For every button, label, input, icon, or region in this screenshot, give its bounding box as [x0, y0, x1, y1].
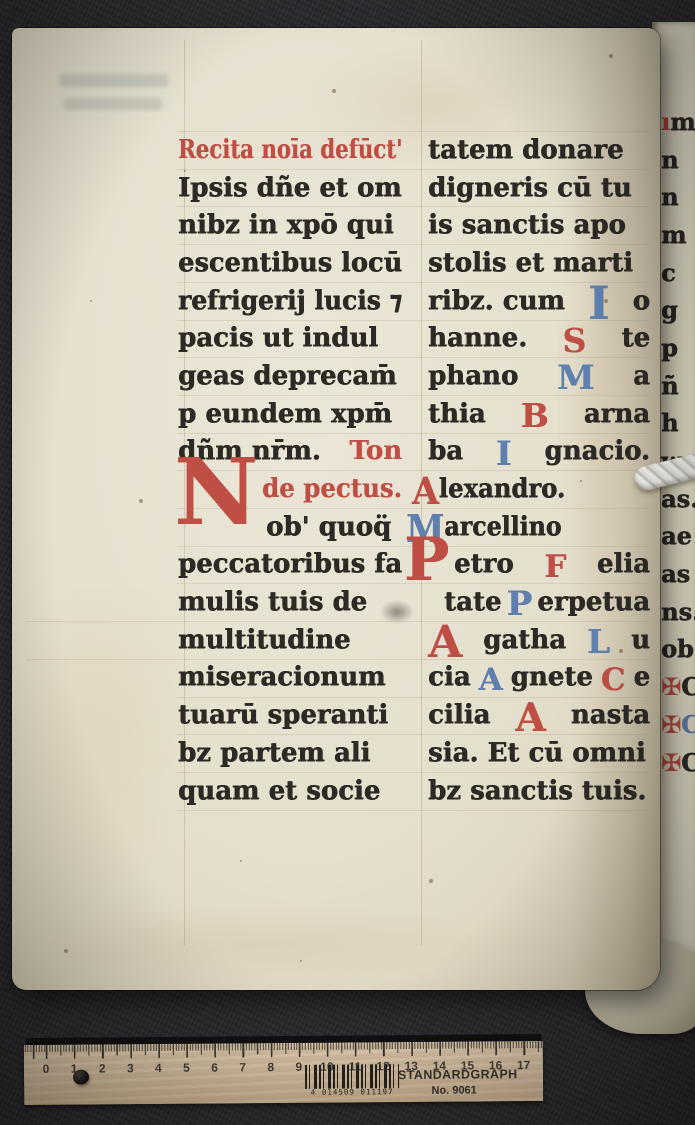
text-segment: digneris cū tu: [428, 175, 632, 201]
parchment-specks: [12, 28, 14, 30]
text-segment: g: [661, 298, 678, 322]
manuscript-text-line: tatePerpetua: [444, 583, 650, 621]
ruler: 01234567891011121314151617 4 014509 0111…: [24, 1034, 545, 1110]
text-segment: u: [631, 627, 650, 653]
faint-stamp-offset: [50, 50, 170, 112]
text-segment: nasta: [571, 702, 650, 728]
text-segment: escentibus locū: [178, 250, 402, 276]
text-segment: e: [633, 664, 650, 690]
text-segment: p eundem xpm̄: [178, 401, 392, 427]
manuscript-text-line: ciliaAnasta: [428, 696, 650, 734]
manuscript-text-line: Recita noīa defūct': [178, 131, 361, 169]
ruling-line-horizontal: [177, 810, 649, 811]
manuscript-text-line: as: [661, 555, 695, 593]
text-segment: ✠: [661, 713, 681, 737]
text-segment: Recita noīa defūct': [178, 137, 402, 163]
manuscript-text-line: miseracionum: [178, 659, 402, 697]
text-segment: quam et socie: [178, 778, 380, 804]
manuscript-text-line: AgathaLu: [428, 621, 650, 659]
text-segment: ✠: [661, 675, 681, 699]
manuscript-text-line: thiaBarna: [428, 395, 650, 433]
parchment-stain: [20, 588, 190, 878]
text-segment: C: [681, 713, 695, 737]
text-segment: o: [633, 288, 650, 314]
manuscript-text-line: p eundem xpm̄: [178, 395, 402, 433]
manuscript-text-line: g: [661, 291, 695, 329]
text-segment: bz partem ali: [178, 740, 370, 766]
lombardic-initial: C: [601, 669, 626, 692]
ruler-cm-label: 5: [183, 1061, 190, 1075]
manuscript-page: Recita noīa defūct'Ipsis dñe et omnibz i…: [12, 28, 660, 990]
manuscript-text-line: digneris cū tu: [428, 169, 650, 207]
text-segment: gnete: [511, 664, 593, 690]
ruler-wood-face: 01234567891011121314151617 4 014509 0111…: [24, 1041, 543, 1105]
lombardic-initial: I: [496, 442, 512, 468]
text-segment: m: [670, 110, 695, 134]
ruler-brand-block: STANDARDGRAPH No. 9061: [398, 1067, 510, 1097]
manuscript-text-line: ob' quoq̈: [266, 508, 402, 546]
text-segment: ✠: [661, 751, 681, 775]
ruler-cm-label: 6: [211, 1061, 218, 1075]
manuscript-text-line: p: [661, 329, 695, 367]
text-segment: Ipsis dñe et om: [178, 175, 402, 201]
large-initial-P: P: [404, 536, 449, 584]
parchment-stain: [52, 908, 472, 978]
text-segment: ob' quoq̈: [266, 514, 391, 540]
lombardic-initial: F: [544, 556, 566, 579]
text-segment: geas deprecam̄: [178, 363, 397, 389]
manuscript-text-line: bz sanctis tuis.: [428, 772, 650, 810]
text-segment: p: [661, 336, 678, 360]
text-segment: elia: [597, 551, 650, 577]
lombardic-initial: I: [588, 286, 610, 321]
lombardic-initial: B: [521, 404, 549, 429]
manuscript-text-line: quam et socie: [178, 772, 402, 810]
lombardic-initial: A: [515, 704, 545, 733]
manuscript-text-line: peccatoribus fa: [178, 546, 401, 584]
ruler-barcode: 4 014509 011197: [305, 1064, 399, 1097]
text-segment: Ton: [349, 438, 402, 464]
manuscript-text-line: h: [661, 405, 695, 443]
lombardic-initial: P: [507, 592, 533, 618]
text-segment: C: [681, 675, 695, 699]
ruler-cm-label: 2: [99, 1061, 106, 1075]
lombardic-initial: A: [428, 626, 462, 659]
manuscript-text-line: escentibus locū: [178, 244, 399, 282]
text-segment: n: [661, 148, 678, 172]
ruler-model-number: No. 9061: [398, 1084, 510, 1097]
text-segment: ns.: [661, 600, 695, 624]
text-segment: is sanctis apo: [428, 212, 626, 238]
manuscript-text-line: n: [661, 141, 695, 179]
ruler-hole: [73, 1070, 89, 1085]
text-segment: c: [661, 261, 676, 285]
manuscript-text-line: bz partem ali: [178, 734, 402, 772]
text-segment: stolis et marti: [428, 250, 633, 276]
text-segment: ı: [661, 110, 670, 134]
text-segment: hanne.: [428, 325, 527, 351]
text-segment: sia. Et cū omni: [428, 740, 646, 766]
text-segment: cia: [428, 664, 471, 690]
photograph-scene: ımnnmcgpñhwas.aeasns.ob✠C✠C✠C Recita noī…: [0, 0, 695, 1125]
text-segment: lexandro.: [439, 476, 565, 502]
manuscript-text-line: hanne.Ste: [428, 319, 650, 357]
ruler-cm-ticks: [24, 1041, 543, 1059]
manuscript-text-line: baIgnacio.: [428, 433, 650, 471]
ruler-brand-name: STANDARDGRAPH: [398, 1067, 510, 1082]
text-segment: ba: [428, 438, 463, 464]
text-segment: etro: [454, 551, 514, 577]
manuscript-text-line: m: [661, 216, 695, 254]
text-segment: arcellino: [444, 514, 561, 540]
text-segment: cilia: [428, 702, 490, 728]
edge-text-fragments: ımnnmcgpñhwas.aeasns.ob✠C✠C✠C: [661, 103, 695, 781]
text-segment: as.: [661, 487, 695, 511]
barcode-bars: [305, 1064, 399, 1089]
text-segment: te: [621, 325, 650, 351]
large-initial-N: N: [174, 456, 258, 530]
text-segment: de pectus.: [262, 476, 402, 502]
lombardic-initial: M: [557, 366, 595, 392]
text-segment: m: [661, 223, 686, 247]
manuscript-text-line: multitudine: [178, 621, 402, 659]
manuscript-text-line: refrigerij lucis ⁊: [178, 282, 393, 320]
lombardic-initial: A: [412, 478, 439, 506]
text-column-right: tatem donaredigneris cū tuis sanctis apo…: [428, 131, 650, 809]
ruler-cm-label: 3: [127, 1061, 134, 1075]
text-segment: ribz. cum: [428, 288, 565, 314]
manuscript-text-line: Alexandro.: [412, 470, 634, 508]
text-segment: n: [661, 185, 678, 209]
lombardic-initial: A: [479, 669, 503, 692]
ruler-cm-label: 17: [517, 1058, 530, 1072]
manuscript-text-line: tuarū speranti: [178, 696, 402, 734]
manuscript-text-line: ae: [661, 518, 695, 556]
manuscript-text-line: ñ: [661, 367, 695, 405]
text-segment: tatem donare: [428, 137, 623, 163]
text-segment: erpetua: [537, 589, 650, 615]
manuscript-text-line: c: [661, 254, 695, 292]
ruler-cm-label: 0: [43, 1062, 50, 1076]
text-segment: a: [633, 363, 650, 389]
text-segment: mulis tuis de: [178, 589, 367, 615]
manuscript-text-line: mulis tuis de: [178, 583, 402, 621]
manuscript-text-line: n: [661, 178, 695, 216]
manuscript-text-line: ✠C: [661, 668, 695, 706]
manuscript-text-line: stolis et marti: [428, 244, 650, 282]
lombardic-initial: S: [562, 329, 586, 354]
manuscript-text-line: geas deprecam̄: [178, 357, 402, 395]
text-segment: ae: [661, 524, 692, 548]
text-segment: ñ: [661, 374, 678, 398]
text-segment: C: [681, 751, 695, 775]
text-segment: arna: [584, 401, 650, 427]
text-segment: miseracionum: [178, 664, 385, 690]
text-segment: gatha: [483, 627, 566, 653]
text-segment: multitudine: [178, 627, 351, 653]
manuscript-text-line: phanoMa: [428, 357, 650, 395]
manuscript-text-line: Ipsis dñe et om: [178, 169, 402, 207]
manuscript-text-line: nibz in xpō qui: [178, 206, 402, 244]
manuscript-text-line: de pectus.: [262, 470, 394, 508]
text-segment: tate: [444, 589, 501, 615]
text-segment: refrigerij lucis ⁊: [178, 288, 402, 314]
ruler-cm-label: 9: [295, 1060, 302, 1074]
text-segment: peccatoribus fa: [178, 551, 402, 577]
lombardic-initial: L: [587, 630, 610, 655]
text-segment: nibz in xpō qui: [178, 212, 394, 238]
text-segment: tuarū speranti: [178, 702, 388, 728]
ruler-cm-label: 8: [267, 1060, 274, 1074]
text-segment: as: [661, 562, 690, 586]
manuscript-text-line: ✠C: [661, 706, 695, 744]
manuscript-text-line: ob: [661, 631, 695, 669]
text-segment: h: [661, 411, 678, 435]
text-segment: phano: [428, 363, 518, 389]
text-segment: thia: [428, 401, 486, 427]
barcode-digits: 4 014509 011197: [305, 1087, 399, 1097]
manuscript-text-line: is sanctis apo: [428, 206, 650, 244]
text-segment: pacis ut indul: [178, 325, 378, 351]
manuscript-text-line: ribz. cumIo: [428, 282, 650, 320]
manuscript-text-line: ım: [661, 103, 695, 141]
manuscript-text-line: etroFelia: [454, 546, 650, 584]
ruler-cm-label: 7: [239, 1060, 246, 1074]
manuscript-text-line: ✠C: [661, 744, 695, 782]
manuscript-text-line: pacis ut indul: [178, 319, 402, 357]
manuscript-text-line: ns.: [661, 593, 695, 631]
text-segment: bz sanctis tuis.: [428, 778, 646, 804]
manuscript-text-line: tatem donare: [428, 131, 650, 169]
text-segment: gnacio.: [544, 438, 650, 464]
ruler-cm-label: 4: [155, 1061, 162, 1075]
text-segment: ob: [661, 637, 694, 661]
